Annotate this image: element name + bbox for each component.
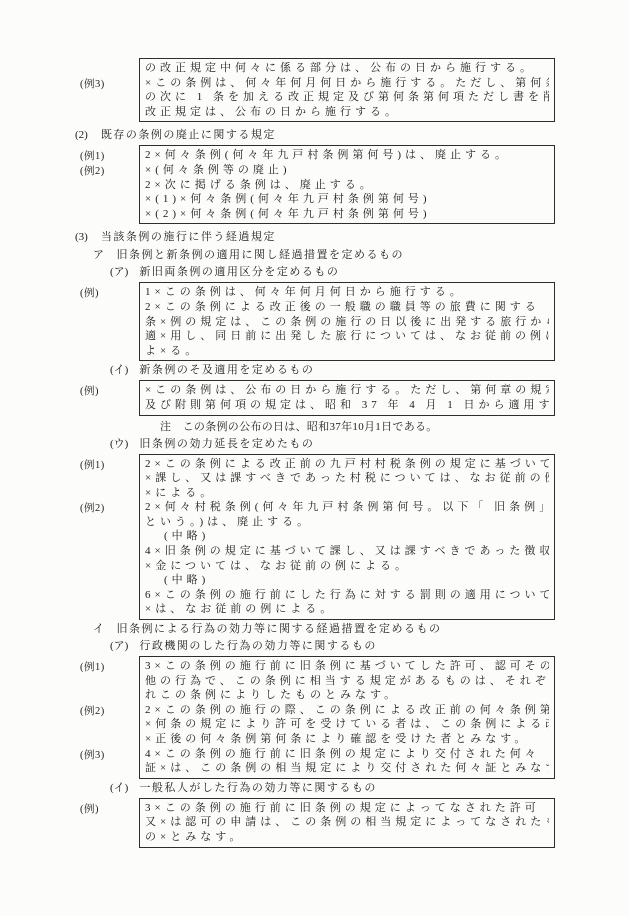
section-heading: (ア)新旧両条例の適用区分を定めるもの — [110, 264, 630, 280]
box-line: 適×用し、同日前に出発した旅行については、なお従前の例に — [145, 329, 549, 344]
heading-number: (ウ) — [110, 438, 128, 450]
heading-text: 行政機関のした行為の効力等に関するもの — [139, 640, 377, 652]
box-line: ×(1)×何々条例(何々年九戸村条例第何号) — [145, 192, 549, 207]
box-line: 6×この条例の施行前にした行為に対する罰則の適用について — [145, 588, 549, 603]
box-line: 3×この条例の施行前に旧条例に基づいてした許可、認可その× — [145, 659, 549, 674]
example-label: (例1) — [80, 659, 105, 674]
box-line: 2×この条例による改正前の九戸村村税条例の規定に基づいて — [145, 457, 549, 472]
box-line: 1×この条例は、何々年何月何日から施行する。 — [145, 285, 549, 300]
example-label: (例3) — [80, 747, 105, 762]
box-line: 2×この条例による改正後の一般職の職員等の旅費に関する — [145, 300, 549, 315]
example-label-gutter: (例1)(例2) — [80, 454, 139, 621]
heading-text: 旧条例の効力延長を定めたもの — [139, 438, 314, 450]
example-label-gutter: (例) — [80, 282, 139, 361]
section-heading: (ア)行政機関のした行為の効力等に関するもの — [110, 638, 630, 654]
box-line: ×による。 — [145, 486, 549, 501]
heading-number: (2) — [75, 129, 88, 141]
box-line: ×課し、又は課すべきであった村税については、なお従前の例 — [145, 471, 549, 486]
example-row: (例3)の改正規定中何々に係る部分は、公布の日から施行する。×この条例は、何々年… — [80, 58, 630, 122]
example-box: 3×この条例の施行前に旧条例の規定によってなされた許可又×は認可の申請は、この条… — [139, 798, 555, 848]
box-line: 2×次に掲げる条例は、廃止する。 — [145, 178, 549, 193]
example-label: (例2) — [80, 703, 105, 718]
box-line: 4×旧条例の規定に基づいて課し、又は課すべきであった徴収 — [145, 544, 549, 559]
example-row: (例1)(例2)(例3)3×この条例の施行前に旧条例に基づいてした許可、認可その… — [80, 656, 630, 779]
example-label: (例3) — [80, 76, 105, 91]
note-line: 注 この条例の公布の日は、昭和37年10月1日である。 — [160, 418, 630, 434]
section-heading: イ旧条例による行為の効力等に関する経過措置を定めるもの — [93, 621, 630, 637]
example-label-gutter: (例3) — [80, 58, 139, 122]
heading-text: 旧条例と新条例の適用に関し経過措置を定めるもの — [117, 249, 405, 261]
heading-number: (3) — [75, 231, 88, 243]
heading-text: 新条例のそ及適用を定めるもの — [139, 364, 314, 376]
example-box: 2×この条例による改正前の九戸村村税条例の規定に基づいて×課し、又は課すべきであ… — [139, 454, 555, 621]
box-line: 又×は認可の申請は、この条例の相当規定によってなされたも — [145, 815, 549, 830]
box-line: ×この条例は、公布の日から施行する。ただし、第何章の規定 — [145, 383, 549, 398]
box-line: 他の行為で、この条例に相当する規定があるものは、それぞ× — [145, 674, 549, 689]
example-box: の改正規定中何々に係る部分は、公布の日から施行する。×この条例は、何々年何月何日… — [139, 58, 555, 122]
box-line: ×金については、なお従前の例による。 — [145, 559, 549, 574]
heading-number: (イ) — [110, 364, 128, 376]
box-line: 4×この条例の施行前に旧条例の規定により交付された何々 — [145, 747, 549, 762]
box-line: 2×何々条例(何々年九戸村条例第何号)は、廃止する。 — [145, 148, 549, 163]
example-label: (例) — [80, 801, 99, 816]
heading-number: イ — [93, 623, 106, 635]
example-label: (例1) — [80, 148, 105, 163]
box-line: ×は、なお従前の例による。 — [145, 602, 549, 617]
box-line: 2×何々村税条例(何々年九戸村条例第何号。以下「 旧条例」× — [145, 500, 549, 515]
section-heading: (3)当該条例の施行に伴う経過規定 — [75, 229, 630, 245]
heading-number: (ア) — [110, 266, 128, 278]
box-line: (中略) — [145, 573, 549, 588]
box-line: 2×この条例の施行の際、この条例による改正前の何々条例第 — [145, 703, 549, 718]
example-label: (例2) — [80, 163, 105, 178]
box-line: 改正規定は、公布の日から施行する。 — [145, 105, 549, 120]
section-heading: (イ)新条例のそ及適用を定めるもの — [110, 362, 630, 378]
box-line: 3×この条例の施行前に旧条例の規定によってなされた許可 — [145, 801, 549, 816]
example-label-gutter: (例) — [80, 380, 139, 415]
heading-text: 既存の条例の廃止に関する規定 — [101, 129, 276, 141]
box-line: れこの条例によりしたものとみなす。 — [145, 688, 549, 703]
example-box: ×この条例は、公布の日から施行する。ただし、第何章の規定及び附則第何項の規定は、… — [139, 380, 555, 415]
heading-text: 新旧両条例の適用区分を定めるもの — [139, 266, 339, 278]
heading-number: (ア) — [110, 640, 128, 652]
example-row: (例)×この条例は、公布の日から施行する。ただし、第何章の規定及び附則第何項の規… — [80, 380, 630, 415]
heading-number: ア — [93, 249, 106, 261]
example-box: 1×この条例は、何々年何月何日から施行する。2×この条例による改正後の一般職の職… — [139, 282, 555, 361]
section-heading: (ウ)旧条例の効力延長を定めたもの — [110, 436, 630, 452]
section-heading: (イ)一般私人がした行為の効力等に関するもの — [110, 780, 630, 796]
box-line: の改正規定中何々に係る部分は、公布の日から施行する。 — [145, 61, 549, 76]
heading-text: 一般私人がした行為の効力等に関するもの — [139, 782, 377, 794]
example-row: (例)3×この条例の施行前に旧条例の規定によってなされた許可又×は認可の申請は、… — [80, 798, 630, 848]
example-label: (例) — [80, 383, 99, 398]
box-line: ×何条の規定により許可を受けている者は、この条例による改 — [145, 717, 549, 732]
heading-number: (イ) — [110, 782, 128, 794]
box-line: という。)は、廃止する。 — [145, 515, 549, 530]
heading-text: 旧条例による行為の効力等に関する経過措置を定めるもの — [117, 623, 442, 635]
section-heading: (2)既存の条例の廃止に関する規定 — [75, 127, 630, 143]
example-row: (例1)(例2)2×何々条例(何々年九戸村条例第何号)は、廃止する。×(何々条例… — [80, 145, 630, 224]
box-line: 証×は、この条例の相当規定により交付された何々証とみなす。 — [145, 761, 549, 776]
example-row: (例1)(例2)2×この条例による改正前の九戸村村税条例の規定に基づいて×課し、… — [80, 454, 630, 621]
box-line: の×とみなす。 — [145, 830, 549, 845]
heading-text: 当該条例の施行に伴う経過規定 — [101, 231, 276, 243]
document-content: (例3)の改正規定中何々に係る部分は、公布の日から施行する。×この条例は、何々年… — [0, 0, 630, 848]
box-line: ×正後の何々条例第何条により確認を受けた者とみなす。 — [145, 732, 549, 747]
box-line: ×この条例は、何々年何月何日から施行する。ただし、第何条 — [145, 76, 549, 91]
box-line: 条×例の規定は、この条例の施行の日以後に出発する旅行から — [145, 315, 549, 330]
example-label-gutter: (例1)(例2) — [80, 145, 139, 224]
box-line: の次に 1 条を加える改正規定及び第何条第何項ただし書を削る — [145, 90, 549, 105]
example-label-gutter: (例) — [80, 798, 139, 848]
box-line: よ×る。 — [145, 344, 549, 359]
box-line: (中略) — [145, 529, 549, 544]
section-heading: ア旧条例と新条例の適用に関し経過措置を定めるもの — [93, 247, 630, 263]
example-row: (例)1×この条例は、何々年何月何日から施行する。2×この条例による改正後の一般… — [80, 282, 630, 361]
example-label: (例1) — [80, 457, 105, 472]
example-box: 2×何々条例(何々年九戸村条例第何号)は、廃止する。×(何々条例等の廃止)2×次… — [139, 145, 555, 224]
box-line: ×(2)×何々条例(何々年九戸村条例第何号) — [145, 207, 549, 222]
box-line: 及び附則第何項の規定は、昭和 37 年 4 月 1 日から適用する。 — [145, 398, 549, 413]
example-label: (例2) — [80, 500, 105, 515]
example-label: (例) — [80, 285, 99, 300]
example-box: 3×この条例の施行前に旧条例に基づいてした許可、認可その×他の行為で、この条例に… — [139, 656, 555, 779]
example-label-gutter: (例1)(例2)(例3) — [80, 656, 139, 779]
document-page: (例3)の改正規定中何々に係る部分は、公布の日から施行する。×この条例は、何々年… — [0, 0, 630, 916]
box-line: ×(何々条例等の廃止) — [145, 163, 549, 178]
